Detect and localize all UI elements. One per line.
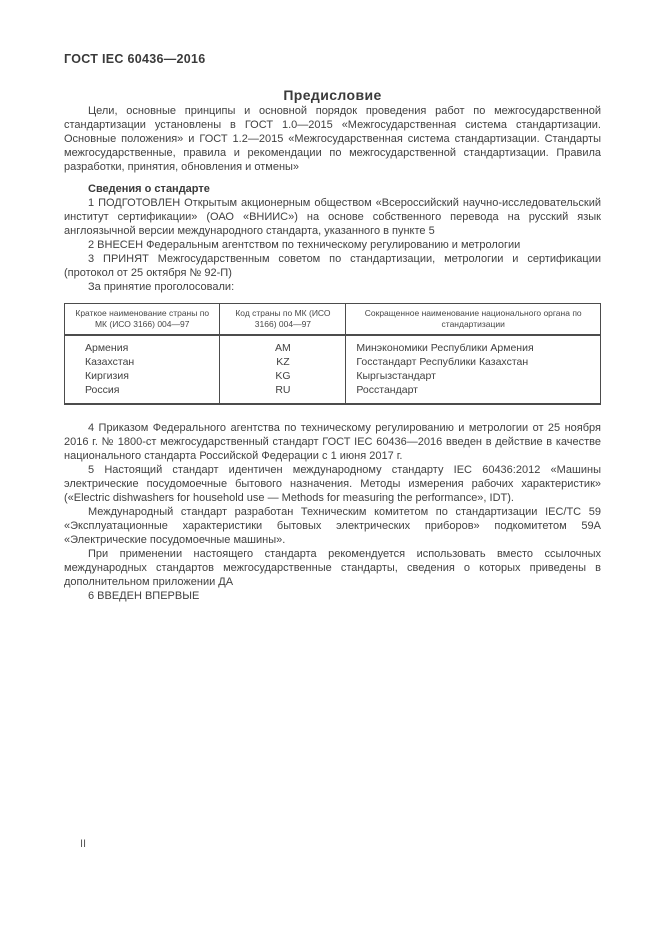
vote-table-header-row: Краткое наименование страны по МК (ИСО 3… bbox=[65, 304, 601, 336]
table-row: Армения AM Минэкономики Республики Армен… bbox=[65, 335, 601, 355]
vote-table: Краткое наименование страны по МК (ИСО 3… bbox=[64, 303, 601, 405]
org-cell: Госстандарт Республики Казахстан bbox=[346, 355, 601, 369]
org-cell: Кыргызстандарт bbox=[346, 369, 601, 383]
foreword-item-5-note-2: При применении настоящего стандарта реко… bbox=[64, 547, 601, 589]
page-number: II bbox=[80, 838, 86, 851]
code-cell: AM bbox=[220, 335, 346, 355]
section-heading-standard-info: Сведения о стандарте bbox=[64, 182, 601, 196]
country-cell: Казахстан bbox=[65, 355, 220, 369]
code-cell: KZ bbox=[220, 355, 346, 369]
vote-table-header-country: Краткое наименование страны по МК (ИСО 3… bbox=[65, 304, 220, 336]
table-row: Киргизия KG Кыргызстандарт bbox=[65, 369, 601, 383]
vote-table-header-code: Код страны по МК (ИСО 3166) 004—97 bbox=[220, 304, 346, 336]
country-cell: Армения bbox=[65, 335, 220, 355]
country-cell: Россия bbox=[65, 383, 220, 404]
document-page: ГОСТ IEC 60436—2016 Предисловие Цели, ос… bbox=[0, 0, 661, 935]
table-row: Казахстан KZ Госстандарт Республики Каза… bbox=[65, 355, 601, 369]
vote-intro-line: За принятие проголосовали: bbox=[64, 280, 601, 294]
table-row: Россия RU Росстандарт bbox=[65, 383, 601, 404]
org-cell: Минэкономики Республики Армения bbox=[346, 335, 601, 355]
org-cell: Росстандарт bbox=[346, 383, 601, 404]
vote-table-header-org: Сокращенное наименование национального о… bbox=[346, 304, 601, 336]
foreword-item-1: 1 ПОДГОТОВЛЕН Открытым акционерным общес… bbox=[64, 196, 601, 238]
code-cell: RU bbox=[220, 383, 346, 404]
foreword-item-5-note-1: Международный стандарт разработан Технич… bbox=[64, 505, 601, 547]
country-cell: Киргизия bbox=[65, 369, 220, 383]
foreword-item-6: 6 ВВЕДЕН ВПЕРВЫЕ bbox=[64, 589, 601, 603]
code-cell: KG bbox=[220, 369, 346, 383]
doc-code: ГОСТ IEC 60436—2016 bbox=[64, 52, 601, 67]
page-content: ГОСТ IEC 60436—2016 Предисловие Цели, ос… bbox=[64, 52, 601, 603]
foreword-item-5: 5 Настоящий стандарт идентичен междунаро… bbox=[64, 463, 601, 505]
foreword-item-3: 3 ПРИНЯТ Межгосударственным советом по с… bbox=[64, 252, 601, 280]
foreword-item-4: 4 Приказом Федерального агентства по тех… bbox=[64, 421, 601, 463]
page-title: Предисловие bbox=[64, 87, 601, 104]
foreword-item-2: 2 ВНЕСЕН Федеральным агентством по техни… bbox=[64, 238, 601, 252]
intro-paragraph: Цели, основные принципы и основной поряд… bbox=[64, 104, 601, 174]
